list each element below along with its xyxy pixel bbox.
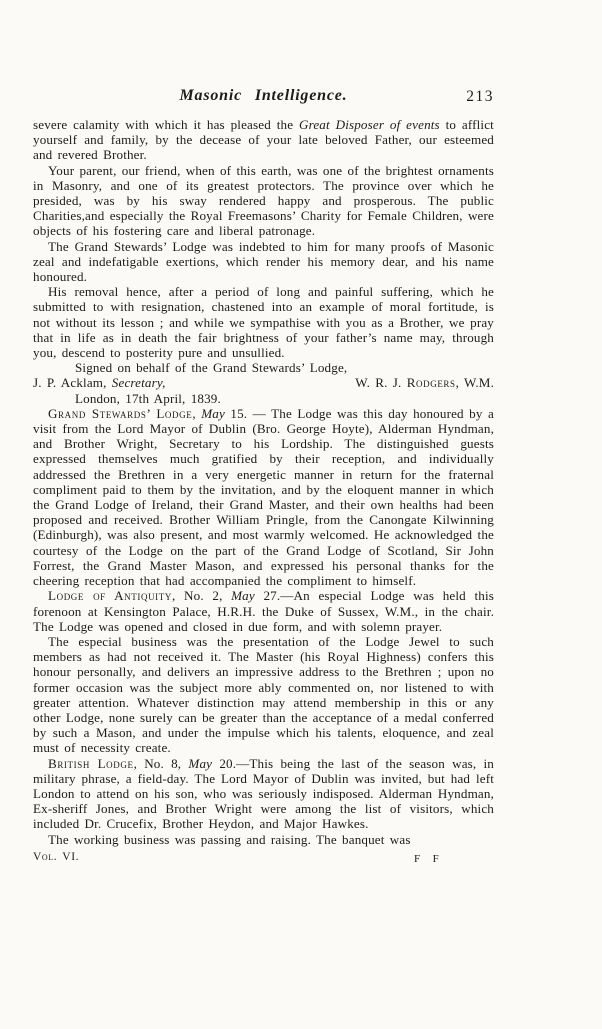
volume-label: Vol. VI. xyxy=(33,851,79,863)
text-segment-italic: May xyxy=(188,756,212,771)
text-segment-italic: Great Disposer of events xyxy=(299,117,440,132)
text-segment: 15. — The Lodge was this day honoured by… xyxy=(33,406,494,588)
page-header: Masonic Intelligence. 213 xyxy=(33,87,494,105)
paragraph-british-lodge: British Lodge, No. 8, May 20.—This being… xyxy=(33,756,494,832)
section-heading-smallcaps: British Lodge xyxy=(48,756,134,771)
section-heading-smallcaps: Grand Stewards’ Lodge xyxy=(48,406,192,421)
paragraph-stewards-tribute: The Grand Stewards’ Lodge was indebted t… xyxy=(33,239,494,285)
paragraph-working-business: The working business was passing and rai… xyxy=(33,832,494,847)
text-segment: , No. 2, xyxy=(172,588,231,603)
text-body: severe calamity with which it has please… xyxy=(33,117,494,866)
signed-on-behalf-line: Signed on behalf of the Grand Stewards’ … xyxy=(33,360,494,375)
signature-row: J. P. Acklam, Secretary, W. R. J. Rodger… xyxy=(33,375,494,390)
paragraph-lodge-of-antiquity: Lodge of Antiquity, No. 2, May 27.—An es… xyxy=(33,588,494,634)
page-number: 213 xyxy=(466,88,494,106)
paragraph-antiquity-business: The especial business was the presentati… xyxy=(33,634,494,756)
text-segment: severe calamity with which it has please… xyxy=(33,117,299,132)
text-segment-italic: May xyxy=(201,406,225,421)
paragraph-removal: His removal hence, after a period of lon… xyxy=(33,284,494,360)
scanned-document-page: Masonic Intelligence. 213 severe calamit… xyxy=(0,0,602,1029)
section-heading-smallcaps: Lodge of Antiquity xyxy=(48,588,172,603)
text-segment: , No. 8, xyxy=(134,756,189,771)
running-title: Masonic Intelligence. xyxy=(180,87,348,104)
paragraph-grand-stewards-lodge: Grand Stewards’ Lodge, May 15. — The Lod… xyxy=(33,406,494,588)
text-segment: W. R. J. xyxy=(355,375,406,390)
text-segment-smallcaps: Rodgers xyxy=(407,375,456,390)
dateline: London, 17th April, 1839. xyxy=(33,391,494,406)
signature-master: W. R. J. Rodgers, W.M. xyxy=(355,375,494,390)
text-segment: J. P. Acklam, xyxy=(33,375,112,390)
text-segment-italic: May xyxy=(231,588,255,603)
printers-signature-mark: F F xyxy=(414,852,443,867)
text-segment: , xyxy=(192,406,201,421)
text-segment-italic: Secretary, xyxy=(112,375,166,390)
paragraph-condolence-continuation: severe calamity with which it has please… xyxy=(33,117,494,163)
text-segment: , W.M. xyxy=(456,375,494,390)
page-footer: Vol. VI. F F xyxy=(33,848,494,866)
signature-secretary: J. P. Acklam, Secretary, xyxy=(33,375,166,390)
paragraph-parent-tribute: Your parent, our friend, when of this ea… xyxy=(33,163,494,239)
